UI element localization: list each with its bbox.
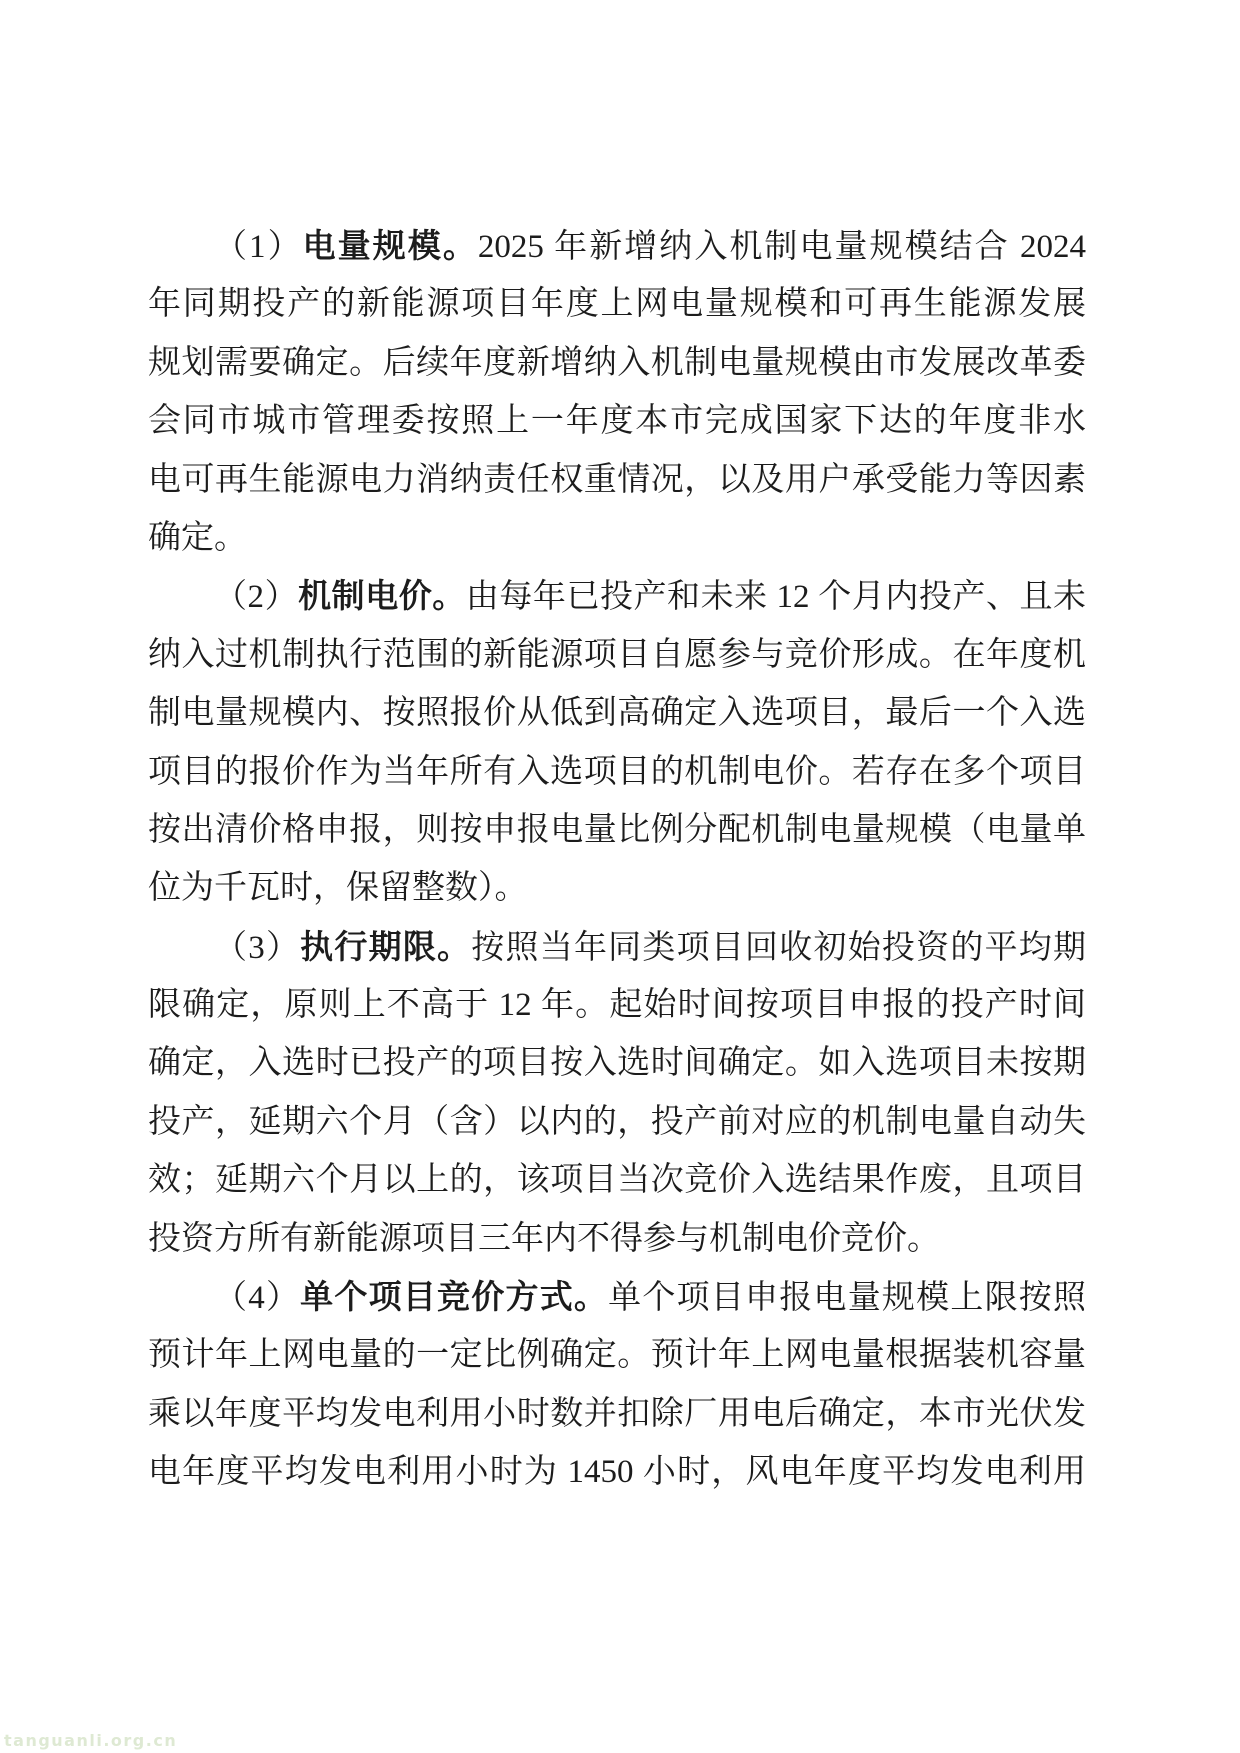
bold-heading-run: 电量规模。 <box>303 227 478 264</box>
body-text-run: 电年度平均发电利用小时为 1450 小时，风电年度平均发电利用 <box>148 1454 1086 1490</box>
text-line: 项目的报价作为当年所有入选项目的机制电价。若存在多个项目 <box>148 743 1086 801</box>
text-line: 会同市城市管理委按照上一年度本市完成国家下达的年度非水 <box>148 392 1086 450</box>
paragraph-item-3: （3）执行期限。按照当年同类项目回收初始投资的平均期限确定，原则上不高于 12 … <box>148 918 1086 1268</box>
body-text-run: 确定，入选时已投产的项目按入选时间确定。如入选项目未按期 <box>148 1045 1086 1081</box>
body-text-run: 单个项目申报电量规模上限按照 <box>608 1280 1086 1316</box>
bold-heading-run: 执行期限。 <box>300 928 471 965</box>
body-text-run: （2） <box>214 579 298 615</box>
body-text-run: 会同市城市管理委按照上一年度本市完成国家下达的年度非水 <box>148 403 1086 439</box>
body-text-run: 电可再生能源电力消纳责任权重情况，以及用户承受能力等因素 <box>148 462 1086 498</box>
bold-heading-run: 机制电价。 <box>298 577 466 614</box>
text-line: 纳入过机制执行范围的新能源项目自愿参与竞价形成。在年度机 <box>148 626 1086 684</box>
bold-heading-run: 单个项目竞价方式。 <box>300 1278 608 1315</box>
body-text-run: 2025 年新增纳入机制电量规模结合 2024 <box>478 229 1086 265</box>
body-text-run: 纳入过机制执行范围的新能源项目自愿参与竞价形成。在年度机 <box>148 637 1086 673</box>
body-text-run: （3） <box>214 930 300 966</box>
document-body: （1）电量规模。2025 年新增纳入机制电量规模结合 2024年同期投产的新能源… <box>148 217 1086 1502</box>
text-line: （2）机制电价。由每年已投产和未来 12 个月内投产、且未 <box>148 567 1086 625</box>
paragraph-item-4: （4）单个项目竞价方式。单个项目申报电量规模上限按照预计年上网电量的一定比例确定… <box>148 1268 1086 1502</box>
text-line: （4）单个项目竞价方式。单个项目申报电量规模上限按照 <box>148 1268 1086 1326</box>
text-line: 位为千瓦时，保留整数）。 <box>148 859 1086 917</box>
text-line: 规划需要确定。后续年度新增纳入机制电量规模由市发展改革委 <box>148 334 1086 392</box>
text-line: 年同期投产的新能源项目年度上网电量规模和可再生能源发展 <box>148 275 1086 333</box>
body-text-run: 由每年已投产和未来 12 个月内投产、且未 <box>466 579 1086 615</box>
body-text-run: 年同期投产的新能源项目年度上网电量规模和可再生能源发展 <box>148 286 1086 322</box>
text-line: 确定。 <box>148 509 1086 567</box>
body-text-run: 确定。 <box>148 520 247 556</box>
body-text-run: 按出清价格申报，则按申报电量比例分配机制电量规模（电量单 <box>148 812 1086 848</box>
text-line: 投产，延期六个月（含）以内的，投产前对应的机制电量自动失 <box>148 1093 1086 1151</box>
text-line: （3）执行期限。按照当年同类项目回收初始投资的平均期 <box>148 918 1086 976</box>
body-text-run: 投产，延期六个月（含）以内的，投产前对应的机制电量自动失 <box>148 1104 1086 1140</box>
text-line: 乘以年度平均发电利用小时数并扣除厂用电后确定，本市光伏发 <box>148 1385 1086 1443</box>
text-line: 按出清价格申报，则按申报电量比例分配机制电量规模（电量单 <box>148 801 1086 859</box>
body-text-run: 预计年上网电量的一定比例确定。预计年上网电量根据装机容量 <box>148 1337 1086 1373</box>
text-line: 投资方所有新能源项目三年内不得参与机制电价竞价。 <box>148 1210 1086 1268</box>
document-page: （1）电量规模。2025 年新增纳入机制电量规模结合 2024年同期投产的新能源… <box>0 0 1240 1753</box>
text-line: （1）电量规模。2025 年新增纳入机制电量规模结合 2024 <box>148 217 1086 275</box>
body-text-run: 乘以年度平均发电利用小时数并扣除厂用电后确定，本市光伏发 <box>148 1396 1086 1432</box>
paragraph-item-2: （2）机制电价。由每年已投产和未来 12 个月内投产、且未纳入过机制执行范围的新… <box>148 567 1086 917</box>
body-text-run: 限确定，原则上不高于 12 年。起始时间按项目申报的投产时间 <box>148 987 1086 1023</box>
text-line: 电可再生能源电力消纳责任权重情况，以及用户承受能力等因素 <box>148 451 1086 509</box>
text-line: 确定，入选时已投产的项目按入选时间确定。如入选项目未按期 <box>148 1034 1086 1092</box>
body-text-run: （4） <box>214 1280 300 1316</box>
text-line: 效；延期六个月以上的，该项目当次竞价入选结果作废，且项目 <box>148 1151 1086 1209</box>
body-text-run: 位为千瓦时，保留整数）。 <box>148 870 528 906</box>
watermark-text: tanguanli.org.cn <box>4 1731 177 1751</box>
body-text-run: 项目的报价作为当年所有入选项目的机制电价。若存在多个项目 <box>148 754 1086 790</box>
body-text-run: 效；延期六个月以上的，该项目当次竞价入选结果作废，且项目 <box>148 1162 1086 1198</box>
text-line: 预计年上网电量的一定比例确定。预计年上网电量根据装机容量 <box>148 1326 1086 1384</box>
body-text-run: 规划需要确定。后续年度新增纳入机制电量规模由市发展改革委 <box>148 345 1086 381</box>
body-text-run: 投资方所有新能源项目三年内不得参与机制电价竞价。 <box>148 1221 940 1257</box>
body-text-run: 制电量规模内、按照报价从低到高确定入选项目，最后一个入选 <box>148 695 1086 731</box>
text-line: 制电量规模内、按照报价从低到高确定入选项目，最后一个入选 <box>148 684 1086 742</box>
body-text-run: （1） <box>214 229 303 265</box>
text-line: 限确定，原则上不高于 12 年。起始时间按项目申报的投产时间 <box>148 976 1086 1034</box>
body-text-run: 按照当年同类项目回收初始投资的平均期 <box>471 930 1086 966</box>
paragraph-item-1: （1）电量规模。2025 年新增纳入机制电量规模结合 2024年同期投产的新能源… <box>148 217 1086 567</box>
text-line: 电年度平均发电利用小时为 1450 小时，风电年度平均发电利用 <box>148 1443 1086 1501</box>
